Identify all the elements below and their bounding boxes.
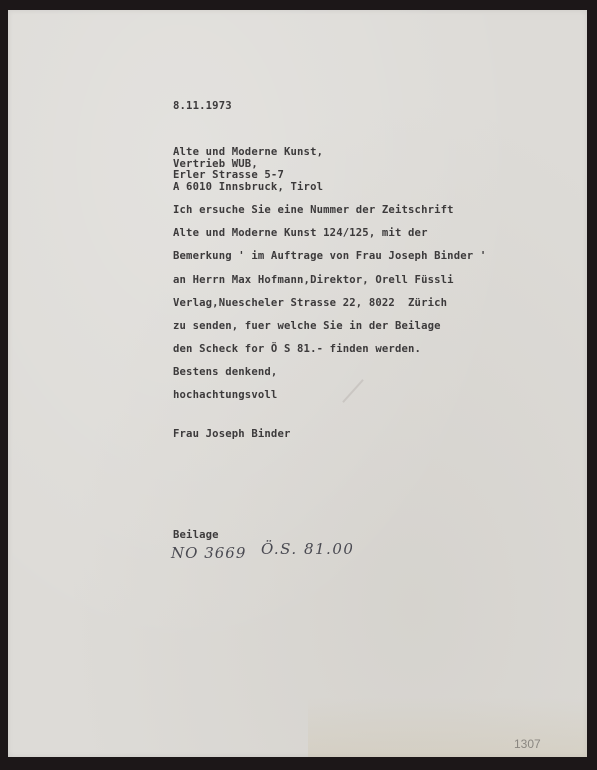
letter-date: 8.11.1973: [173, 101, 232, 112]
body-line: Bemerkung ' im Auftrage von Frau Joseph …: [173, 251, 486, 262]
body-line: an Herrn Max Hofmann,Direktor, Orell Füs…: [173, 275, 454, 286]
address-line: Vertrieb WUB,: [173, 159, 258, 170]
handwritten-reference: NO 3669: [171, 546, 246, 561]
letter-page: 8.11.1973 Alte und Moderne Kunst, Vertri…: [8, 10, 587, 757]
body-line: den Scheck for Ö S 81.- finden werden.: [173, 344, 421, 355]
handwritten-amount: Ö.S. 81.00: [261, 542, 354, 557]
body-line: zu senden, fuer welche Sie in der Beilag…: [173, 321, 441, 332]
address-line: Alte und Moderne Kunst,: [173, 147, 323, 158]
body-line: Verlag,Nuescheler Strasse 22, 8022 Züric…: [173, 298, 447, 309]
address-line: Erler Strasse 5-7: [173, 170, 284, 181]
body-line: Ich ersuche Sie eine Nummer der Zeitschr…: [173, 205, 454, 216]
closing-line: Bestens denkend,: [173, 367, 277, 378]
address-line: A 6010 Innsbruck, Tirol: [173, 182, 323, 193]
body-line: Alte und Moderne Kunst 124/125, mit der: [173, 228, 428, 239]
paper-crease: [342, 379, 364, 403]
paper-stain: [308, 697, 587, 757]
enclosure-label: Beilage: [173, 530, 219, 541]
archive-page-number: 1307: [514, 738, 541, 750]
signature: Frau Joseph Binder: [173, 429, 291, 440]
closing-line: hochachtungsvoll: [173, 390, 277, 401]
